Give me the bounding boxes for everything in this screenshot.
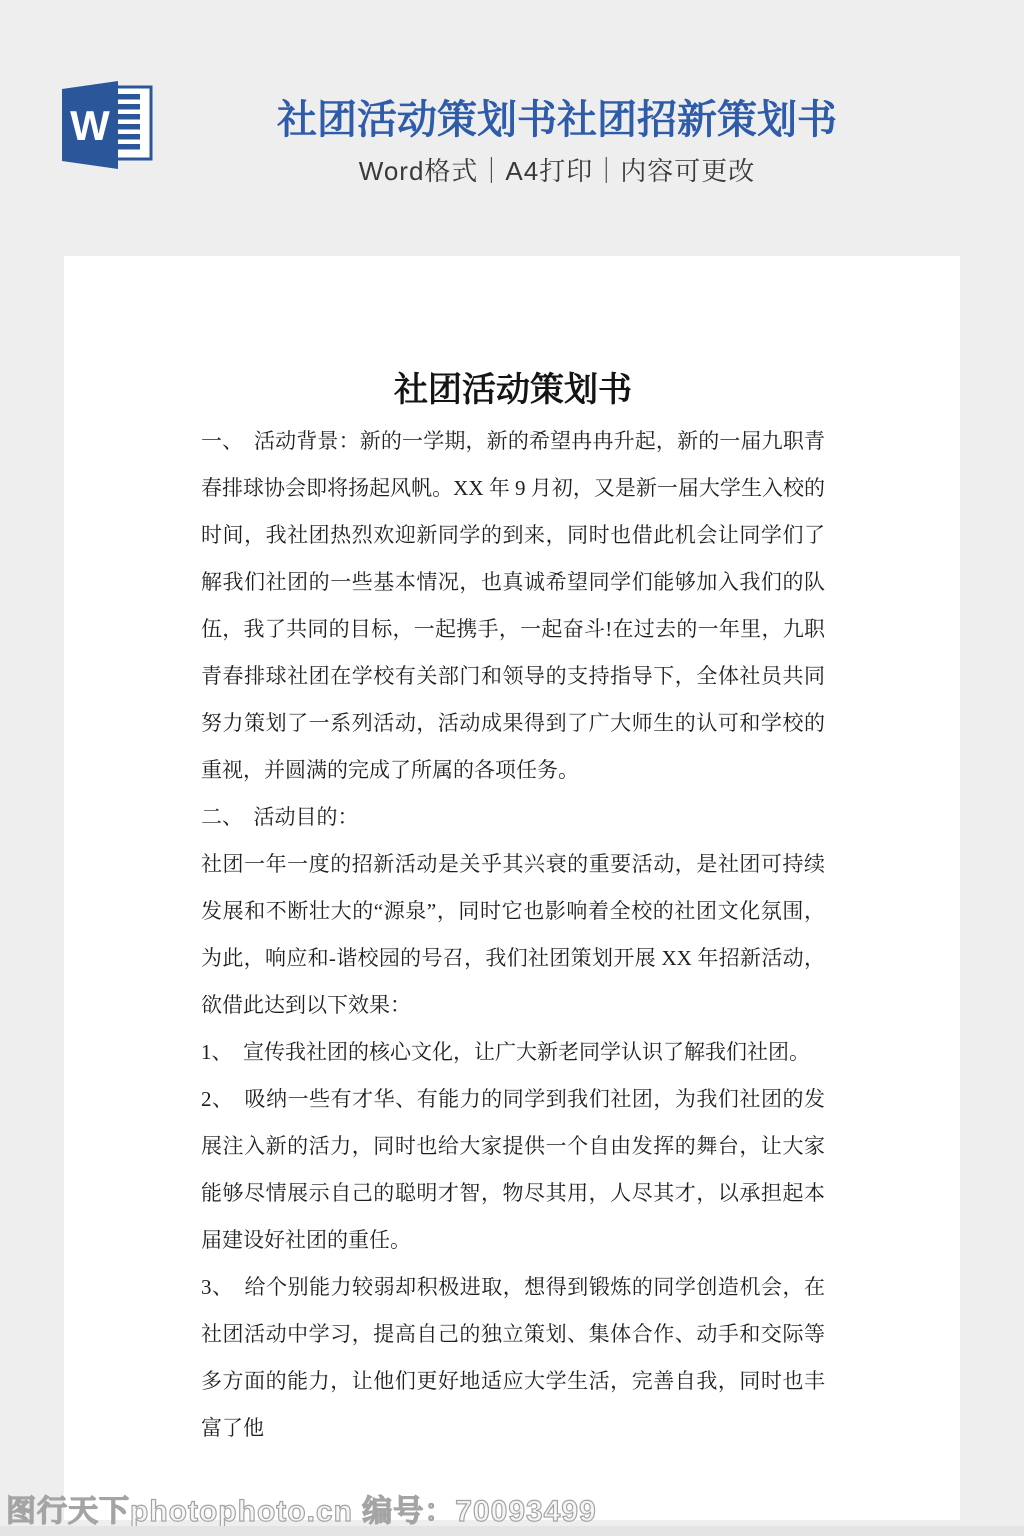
footer-strip — [0, 1526, 1024, 1536]
paragraph-goal-2: 2、 吸纳一些有才华、有能力的同学到我们社团，为我们社团的发展注入新的活力，同时… — [201, 1076, 825, 1264]
paragraph-goal-3: 3、 给个别能力较弱却积极进取，想得到锻炼的同学创造机会，在社团活动中学习，提高… — [201, 1264, 825, 1452]
paragraph-activity-purpose-heading: 二、 活动目的： — [201, 794, 825, 841]
template-header: W 社团活动策划书社团招新策划书 Word格式｜A4打印｜内容可更改 — [0, 0, 1024, 256]
paragraph-goal-1: 1、 宣传我社团的核心文化，让广大新老同学认识了解我们社团。 — [201, 1029, 825, 1076]
document-body: 一、 活动背景：新的一学期，新的希望冉冉升起，新的一届九职青春排球协会即将扬起风… — [201, 418, 825, 1452]
template-format-subtitle: Word格式｜A4打印｜内容可更改 — [90, 156, 1024, 186]
document-page: 社团活动策划书 一、 活动背景：新的一学期，新的希望冉冉升起，新的一届九职青春排… — [64, 256, 960, 1520]
header-text-block: 社团活动策划书社团招新策划书 Word格式｜A4打印｜内容可更改 — [90, 0, 1024, 186]
paragraph-activity-purpose-intro: 社团一年一度的招新活动是关乎其兴衰的重要活动，是社团可持续发展和不断壮大的“源泉… — [201, 841, 825, 1029]
document-title: 社团活动策划书 — [201, 368, 825, 414]
paragraph-activity-background: 一、 活动背景：新的一学期，新的希望冉冉升起，新的一届九职青春排球协会即将扬起风… — [201, 418, 825, 794]
template-title: 社团活动策划书社团招新策划书 — [90, 96, 1024, 144]
site-watermark: 图行天下photophoto.cn 编号：70093499 — [6, 1486, 597, 1530]
